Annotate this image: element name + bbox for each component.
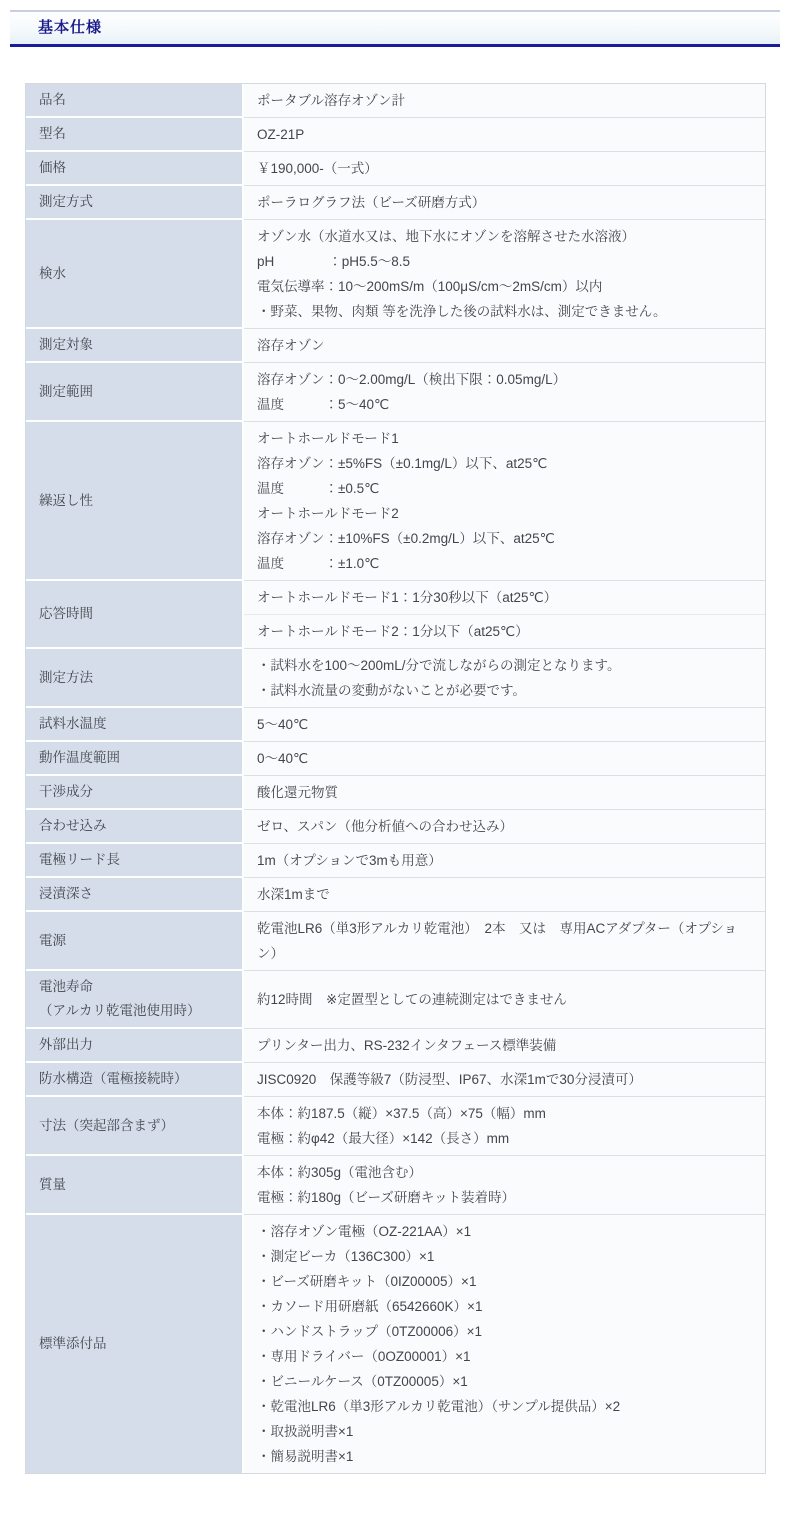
spec-value-line: ・野菜、果物、肉類 等を洗浄した後の試料水は、測定できません。 [257, 299, 755, 324]
spec-row: 電極リード長1m（オプションで3mも用意） [26, 844, 765, 878]
spec-value-cell: オートホールドモード1：1分30秒以下（at25℃） [244, 581, 765, 615]
spec-label-line: 検水 [39, 262, 234, 286]
spec-label-cell: 電池寿命（アルカリ乾電池使用時） [26, 971, 244, 1029]
spec-label-cell: 干渉成分 [26, 776, 244, 810]
spec-value-line: 水深1mまで [257, 882, 755, 907]
spec-label-line: 価格 [39, 156, 234, 180]
spec-value-line: ・ハンドストラップ（0TZ00006）×1 [257, 1319, 755, 1344]
spec-label-cell: 標準添付品 [26, 1215, 244, 1473]
spec-label-line: 電源 [39, 929, 234, 953]
spec-value-line: ・取扱説明書×1 [257, 1419, 755, 1444]
spec-label-cell: 寸法（突起部含まず） [26, 1097, 244, 1156]
spec-value-cell: 水深1mまで [244, 878, 765, 912]
spec-row: 応答時間オートホールドモード1：1分30秒以下（at25℃） [26, 581, 765, 615]
spec-value-line: 5～40℃ [257, 712, 755, 737]
spec-value-line: オートホールドモード2：1分以下（at25℃） [257, 619, 755, 644]
spec-value-line: 溶存オゾン：±5%FS（±0.1mg/L）以下、at25℃ [257, 451, 755, 476]
spec-value-cell: OZ-21P [244, 118, 765, 152]
spec-value-line: 電極：約φ42（最大径）×142（長さ）mm [257, 1126, 755, 1151]
spec-label-line: 合わせ込み [39, 814, 234, 838]
spec-row: 品名ポータブル溶存オゾン計 [26, 84, 765, 118]
spec-table-body: 品名ポータブル溶存オゾン計型名OZ-21P価格￥190,000-（一式）測定方式… [26, 84, 765, 1473]
spec-label-line: 寸法（突起部含まず） [39, 1114, 234, 1138]
spec-value-line: ・試料水流量の変動がないことが必要です。 [257, 678, 755, 703]
spec-value-line: ポータブル溶存オゾン計 [257, 88, 755, 113]
spec-value-line: ・ビーズ研磨キット（0IZ00005）×1 [257, 1269, 755, 1294]
spec-label-line: 外部出力 [39, 1033, 234, 1057]
spec-value-line: 温度 ：±0.5℃ [257, 476, 755, 501]
spec-label-line: 標準添付品 [39, 1332, 234, 1356]
spec-row: 測定対象溶存オゾン [26, 329, 765, 363]
spec-value-cell: 0～40℃ [244, 742, 765, 776]
spec-label-cell: 測定方式 [26, 186, 244, 220]
spec-label-cell: 試料水温度 [26, 708, 244, 742]
spec-label-cell: 外部出力 [26, 1029, 244, 1063]
spec-value-cell: 乾電池LR6（単3形アルカリ乾電池） 2本 又は 専用ACアダプター（オプション… [244, 912, 765, 971]
spec-table-container: 品名ポータブル溶存オゾン計型名OZ-21P価格￥190,000-（一式）測定方式… [25, 83, 766, 1474]
spec-value-line: 0～40℃ [257, 746, 755, 771]
spec-value-line: 温度 ：±1.0℃ [257, 551, 755, 576]
spec-value-line: 約12時間 ※定置型としての連続測定はできません [257, 987, 755, 1012]
spec-value-line: ・測定ビーカ（136C300）×1 [257, 1244, 755, 1269]
spec-value-line: 溶存オゾン [257, 333, 755, 358]
spec-row: 測定範囲溶存オゾン：0～2.00mg/L（検出下限：0.05mg/L）温度 ：5… [26, 363, 765, 422]
spec-label-line: 測定方法 [39, 666, 234, 690]
spec-value-line: ・ビニールケース（0TZ00005）×1 [257, 1369, 755, 1394]
spec-label-cell: 型名 [26, 118, 244, 152]
spec-value-line: ・溶存オゾン電極（OZ-221AA）×1 [257, 1219, 755, 1244]
spec-value-cell: ポータブル溶存オゾン計 [244, 84, 765, 118]
spec-value-line: オートホールドモード2 [257, 501, 755, 526]
spec-label-line: （アルカリ乾電池使用時） [39, 999, 234, 1023]
spec-value-cell: 約12時間 ※定置型としての連続測定はできません [244, 971, 765, 1029]
spec-value-line: 溶存オゾン：0～2.00mg/L（検出下限：0.05mg/L） [257, 367, 755, 392]
spec-value-line: オートホールドモード1：1分30秒以下（at25℃） [257, 585, 755, 610]
spec-row: 質量本体：約305g（電池含む）電極：約180g（ビーズ研磨キット装着時） [26, 1156, 765, 1215]
spec-value-line: ゼロ、スパン（他分析値への合わせ込み） [257, 814, 755, 839]
spec-value-cell: ￥190,000-（一式） [244, 152, 765, 186]
spec-value-line: 電気伝導率：10～200mS/m（100μS/cm～2mS/cm）以内 [257, 274, 755, 299]
spec-value-line: 1m（オプションで3mも用意） [257, 848, 755, 873]
spec-value-cell: オゾン水（水道水又は、地下水にオゾンを溶解させた水溶液）pH ：pH5.5～8.… [244, 220, 765, 329]
spec-row: 測定方法・試料水を100～200mL/分で流しながらの測定となります。・試料水流… [26, 649, 765, 708]
spec-label-cell: 応答時間 [26, 581, 244, 649]
section-title: 基本仕様 [38, 19, 102, 36]
spec-label-cell: 動作温度範囲 [26, 742, 244, 776]
spec-value-cell: 本体：約187.5（縦）×37.5（高）×75（幅）mm電極：約φ42（最大径）… [244, 1097, 765, 1156]
spec-label-cell: 電源 [26, 912, 244, 971]
spec-value-line: 酸化還元物質 [257, 780, 755, 805]
spec-value-line: 溶存オゾン：±10%FS（±0.2mg/L）以下、at25℃ [257, 526, 755, 551]
spec-row: 標準添付品・溶存オゾン電極（OZ-221AA）×1・測定ビーカ（136C300）… [26, 1215, 765, 1473]
spec-value-line: 本体：約305g（電池含む） [257, 1160, 755, 1185]
spec-value-cell: ・試料水を100～200mL/分で流しながらの測定となります。・試料水流量の変動… [244, 649, 765, 708]
spec-value-cell: ゼロ、スパン（他分析値への合わせ込み） [244, 810, 765, 844]
spec-value-line: プリンター出力、RS-232インタフェース標準装備 [257, 1033, 755, 1058]
spec-row: 電池寿命（アルカリ乾電池使用時）約12時間 ※定置型としての連続測定はできません [26, 971, 765, 1029]
spec-value-line: pH ：pH5.5～8.5 [257, 249, 755, 274]
spec-row: 電源乾電池LR6（単3形アルカリ乾電池） 2本 又は 専用ACアダプター（オプシ… [26, 912, 765, 971]
spec-label-line: 質量 [39, 1173, 234, 1197]
spec-label-line: 応答時間 [39, 602, 234, 626]
spec-label-cell: 防水構造（電極接続時） [26, 1063, 244, 1097]
spec-label-cell: 検水 [26, 220, 244, 329]
spec-label-line: 防水構造（電極接続時） [39, 1067, 234, 1091]
spec-value-cell: 酸化還元物質 [244, 776, 765, 810]
spec-row: 合わせ込みゼロ、スパン（他分析値への合わせ込み） [26, 810, 765, 844]
spec-value-cell: 5～40℃ [244, 708, 765, 742]
spec-label-cell: 測定対象 [26, 329, 244, 363]
spec-value-cell: ポーラログラフ法（ビーズ研磨方式） [244, 186, 765, 220]
spec-label-line: 干渉成分 [39, 780, 234, 804]
spec-label-line: 試料水温度 [39, 712, 234, 736]
spec-label-line: 測定範囲 [39, 380, 234, 404]
spec-row: 浸漬深さ水深1mまで [26, 878, 765, 912]
spec-value-line: ポーラログラフ法（ビーズ研磨方式） [257, 190, 755, 215]
spec-value-cell: ・溶存オゾン電極（OZ-221AA）×1・測定ビーカ（136C300）×1・ビー… [244, 1215, 765, 1473]
spec-label-line: 型名 [39, 122, 234, 146]
spec-label-line: 測定方式 [39, 190, 234, 214]
spec-label-cell: 繰返し性 [26, 422, 244, 581]
spec-label-line: 測定対象 [39, 333, 234, 357]
spec-value-cell: 溶存オゾン：0～2.00mg/L（検出下限：0.05mg/L）温度 ：5～40℃ [244, 363, 765, 422]
spec-value-line: 電極：約180g（ビーズ研磨キット装着時） [257, 1185, 755, 1210]
spec-value-line: ・簡易説明書×1 [257, 1444, 755, 1469]
spec-row: 干渉成分酸化還元物質 [26, 776, 765, 810]
spec-label-line: 電極リード長 [39, 848, 234, 872]
spec-label-cell: 測定範囲 [26, 363, 244, 422]
spec-row: 繰返し性オートホールドモード1溶存オゾン：±5%FS（±0.1mg/L）以下、a… [26, 422, 765, 581]
spec-value-cell: JISC0920 保護等級7（防浸型、IP67、水深1mで30分浸漬可） [244, 1063, 765, 1097]
spec-label-cell: 電極リード長 [26, 844, 244, 878]
spec-value-cell: プリンター出力、RS-232インタフェース標準装備 [244, 1029, 765, 1063]
spec-label-cell: 品名 [26, 84, 244, 118]
spec-row: 価格￥190,000-（一式） [26, 152, 765, 186]
spec-label-cell: 価格 [26, 152, 244, 186]
spec-value-cell: 本体：約305g（電池含む）電極：約180g（ビーズ研磨キット装着時） [244, 1156, 765, 1215]
spec-value-line: ￥190,000-（一式） [257, 156, 755, 181]
spec-value-line: オートホールドモード1 [257, 426, 755, 451]
spec-row: 測定方式ポーラログラフ法（ビーズ研磨方式） [26, 186, 765, 220]
spec-value-line: 乾電池LR6（単3形アルカリ乾電池） 2本 又は 専用ACアダプター（オプション… [257, 916, 755, 966]
spec-table: 品名ポータブル溶存オゾン計型名OZ-21P価格￥190,000-（一式）測定方式… [26, 84, 765, 1473]
spec-label-cell: 浸漬深さ [26, 878, 244, 912]
section-header-bar: 基本仕様 [10, 10, 780, 47]
spec-value-cell: 1m（オプションで3mも用意） [244, 844, 765, 878]
spec-value-cell: オートホールドモード2：1分以下（at25℃） [244, 615, 765, 649]
spec-row: 外部出力プリンター出力、RS-232インタフェース標準装備 [26, 1029, 765, 1063]
spec-value-line: オゾン水（水道水又は、地下水にオゾンを溶解させた水溶液） [257, 224, 755, 249]
spec-row: 防水構造（電極接続時）JISC0920 保護等級7（防浸型、IP67、水深1mで… [26, 1063, 765, 1097]
spec-row: 動作温度範囲0～40℃ [26, 742, 765, 776]
spec-value-line: ・乾電池LR6（単3形アルカリ乾電池）（サンプル提供品）×2 [257, 1394, 755, 1419]
spec-row: 検水オゾン水（水道水又は、地下水にオゾンを溶解させた水溶液）pH ：pH5.5～… [26, 220, 765, 329]
spec-label-line: 品名 [39, 88, 234, 112]
spec-value-line: 温度 ：5～40℃ [257, 392, 755, 417]
spec-label-line: 浸漬深さ [39, 882, 234, 906]
spec-value-cell: 溶存オゾン [244, 329, 765, 363]
spec-value-line: JISC0920 保護等級7（防浸型、IP67、水深1mで30分浸漬可） [257, 1067, 755, 1092]
spec-value-cell: オートホールドモード1溶存オゾン：±5%FS（±0.1mg/L）以下、at25℃… [244, 422, 765, 581]
spec-label-line: 動作温度範囲 [39, 746, 234, 770]
spec-value-line: ・試料水を100～200mL/分で流しながらの測定となります。 [257, 653, 755, 678]
spec-label-cell: 測定方法 [26, 649, 244, 708]
spec-row: 試料水温度5～40℃ [26, 708, 765, 742]
spec-label-line: 繰返し性 [39, 489, 234, 513]
spec-label-cell: 質量 [26, 1156, 244, 1215]
spec-label-cell: 合わせ込み [26, 810, 244, 844]
spec-label-line: 電池寿命 [39, 975, 234, 999]
spec-row: 型名OZ-21P [26, 118, 765, 152]
spec-value-line: ・カソード用研磨紙（6542660K）×1 [257, 1294, 755, 1319]
spec-value-line: ・専用ドライバー（0OZ00001）×1 [257, 1344, 755, 1369]
spec-value-line: 本体：約187.5（縦）×37.5（高）×75（幅）mm [257, 1101, 755, 1126]
spec-value-line: OZ-21P [257, 122, 755, 147]
spec-row: 寸法（突起部含まず）本体：約187.5（縦）×37.5（高）×75（幅）mm電極… [26, 1097, 765, 1156]
